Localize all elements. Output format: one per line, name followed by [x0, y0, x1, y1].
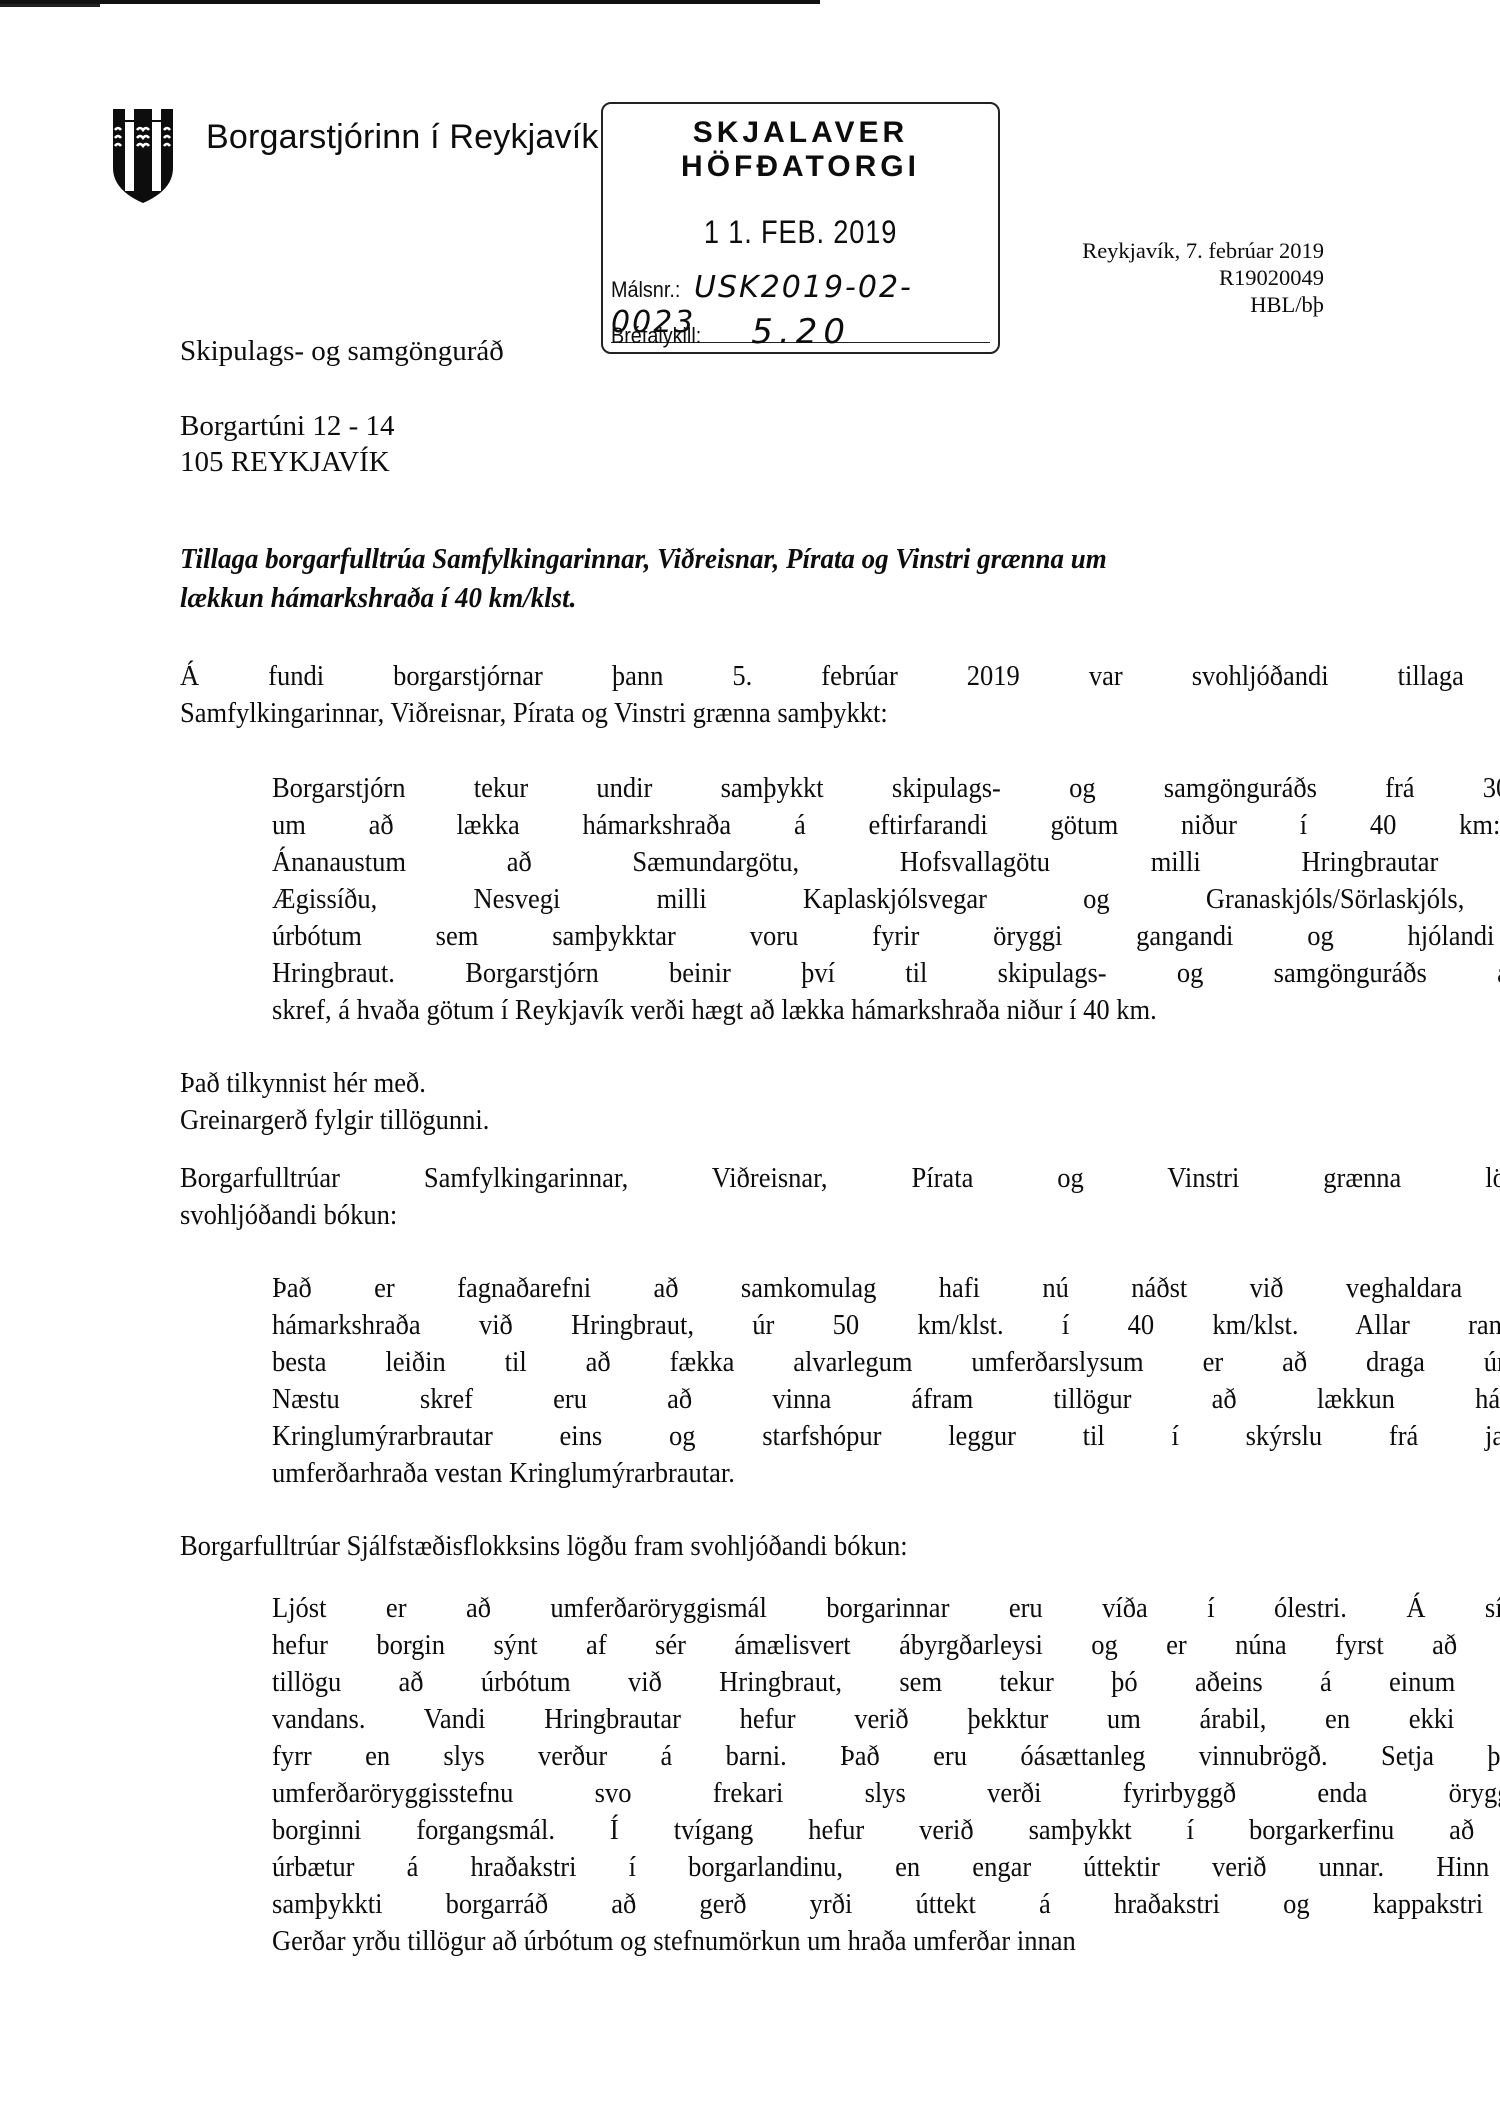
- majority-intro-paragraph: Borgarfulltrúar Samfylkingarinnar, Viðre…: [180, 1160, 1500, 1234]
- paragraph-line: Samfylkingarinnar, Viðreisnar, Pírata og…: [180, 695, 1500, 732]
- stamp-date: 1 1. FEB. 2019: [633, 214, 969, 251]
- notice-paragraph: Það tilkynnist hér með.Greinargerð fylgi…: [180, 1065, 1500, 1139]
- reference-number: R19020049: [1082, 264, 1324, 291]
- organization-name: Borgarstjórinn í Reykjavík: [206, 118, 599, 157]
- place-date: Reykjavík, 7. febrúar 2019: [1082, 237, 1324, 264]
- paragraph-line: hefur borgin sýnt af sér ámælisvert ábyr…: [272, 1627, 1500, 1664]
- paragraph-line: úrbótum sem samþykktar voru fyrir öryggi…: [272, 918, 1500, 955]
- paragraph-line: vandans. Vandi Hringbrautar hefur verið …: [272, 1701, 1500, 1738]
- paragraph-line: Ánanaustum að Sæmundargötu, Hofsvallagöt…: [272, 844, 1500, 881]
- reykjavik-coat-of-arms-icon: [112, 108, 174, 204]
- paragraph-line: besta leiðin til að fækka alvarlegum umf…: [272, 1344, 1500, 1381]
- paragraph-line: Ljóst er að umferðaröryggismál borgarinn…: [272, 1590, 1500, 1627]
- paragraph-line: skref, á hvaða götum í Reykjavík verði h…: [272, 992, 1500, 1029]
- recipient-address: Borgartúni 12 - 14 105 REYKJAVÍK: [180, 408, 395, 480]
- title-line: Tillaga borgarfulltrúa Samfylkingarinnar…: [180, 540, 1166, 579]
- paragraph-line: Gerðar yrðu tillögur að úrbótum og stefn…: [272, 1923, 1500, 1960]
- address-city: 105 REYKJAVÍK: [180, 444, 395, 480]
- paragraph-line: Það tilkynnist hér með.: [180, 1065, 1500, 1102]
- paragraph-line: samþykkti borgarráð að gerð yrði úttekt …: [272, 1886, 1500, 1923]
- stamp-subtitle: HÖFÐATORGI: [603, 150, 998, 184]
- paragraph-line: Ægissíðu, Nesvegi milli Kaplaskjólsvegar…: [272, 881, 1500, 918]
- paragraph-line: hámarkshraða við Hringbraut, úr 50 km/kl…: [272, 1307, 1500, 1344]
- document-title: Tillaga borgarfulltrúa Samfylkingarinnar…: [180, 540, 1166, 618]
- registry-stamp: SKJALAVER HÖFÐATORGI 1 1. FEB. 2019 Máls…: [601, 102, 1000, 354]
- majority-entry-paragraph: Það er fagnaðarefni að samkomulag hafi n…: [272, 1270, 1500, 1492]
- paragraph-line: Borgarfulltrúar Sjálfstæðisflokksins lög…: [180, 1528, 1500, 1565]
- paragraph-line: fyrr en slys verður á barni. Það eru óás…: [272, 1738, 1500, 1775]
- intro-paragraph: Á fundi borgarstjórnar þann 5. febrúar 2…: [180, 658, 1500, 732]
- minority-entry-paragraph: Ljóst er að umferðaröryggismál borgarinn…: [272, 1590, 1500, 1960]
- paragraph-line: umferðaröryggisstefnu svo frekari slys v…: [272, 1775, 1500, 1812]
- stamp-title: SKJALAVER: [603, 116, 998, 150]
- reference-block: Reykjavík, 7. febrúar 2019 R19020049 HBL…: [1082, 237, 1324, 318]
- paragraph-line: Kringlumýrarbrautar eins og starfshópur …: [272, 1418, 1500, 1455]
- paragraph-line: svohljóðandi bókun:: [180, 1197, 1500, 1234]
- address-street: Borgartúni 12 - 14: [180, 408, 395, 444]
- letter-key-value: 5.20: [751, 312, 851, 352]
- minority-intro-paragraph: Borgarfulltrúar Sjálfstæðisflokksins lög…: [180, 1528, 1500, 1565]
- case-number-label: Málsnr.:: [611, 277, 680, 303]
- paragraph-line: borginni forgangsmál. Í tvígang hefur ve…: [272, 1812, 1500, 1849]
- author-initials: HBL/bþ: [1082, 291, 1324, 318]
- scan-edge: [0, 4, 100, 7]
- paragraph-line: Hringbraut. Borgarstjórn beinir því til …: [272, 955, 1500, 992]
- paragraph-line: Það er fagnaðarefni að samkomulag hafi n…: [272, 1270, 1500, 1307]
- paragraph-line: um að lækka hámarkshraða á eftirfarandi …: [272, 807, 1500, 844]
- paragraph-line: Borgarfulltrúar Samfylkingarinnar, Viðre…: [180, 1160, 1500, 1197]
- scan-edge: [0, 0, 820, 4]
- title-line: lækkun hámarkshraða í 40 km/klst.: [180, 579, 1166, 618]
- letter-key-label: Bréfalykill:: [611, 323, 701, 349]
- paragraph-line: Borgarstjórn tekur undir samþykkt skipul…: [272, 770, 1500, 807]
- proposal-paragraph: Borgarstjórn tekur undir samþykkt skipul…: [272, 770, 1500, 1029]
- letter-key-row: Bréfalykill:5.20: [611, 312, 990, 352]
- paragraph-line: Á fundi borgarstjórnar þann 5. febrúar 2…: [180, 658, 1500, 695]
- paragraph-line: Næstu skref eru að vinna áfram tillögur …: [272, 1381, 1500, 1418]
- paragraph-line: tillögu að úrbótum við Hringbraut, sem t…: [272, 1664, 1500, 1701]
- paragraph-line: úrbætur á hraðakstri í borgarlandinu, en…: [272, 1849, 1500, 1886]
- paragraph-line: Greinargerð fylgir tillögunni.: [180, 1102, 1500, 1139]
- department-name: Skipulags- og samgönguráð: [180, 335, 504, 368]
- paragraph-line: umferðarhraða vestan Kringlumýrarbrautar…: [272, 1455, 1500, 1492]
